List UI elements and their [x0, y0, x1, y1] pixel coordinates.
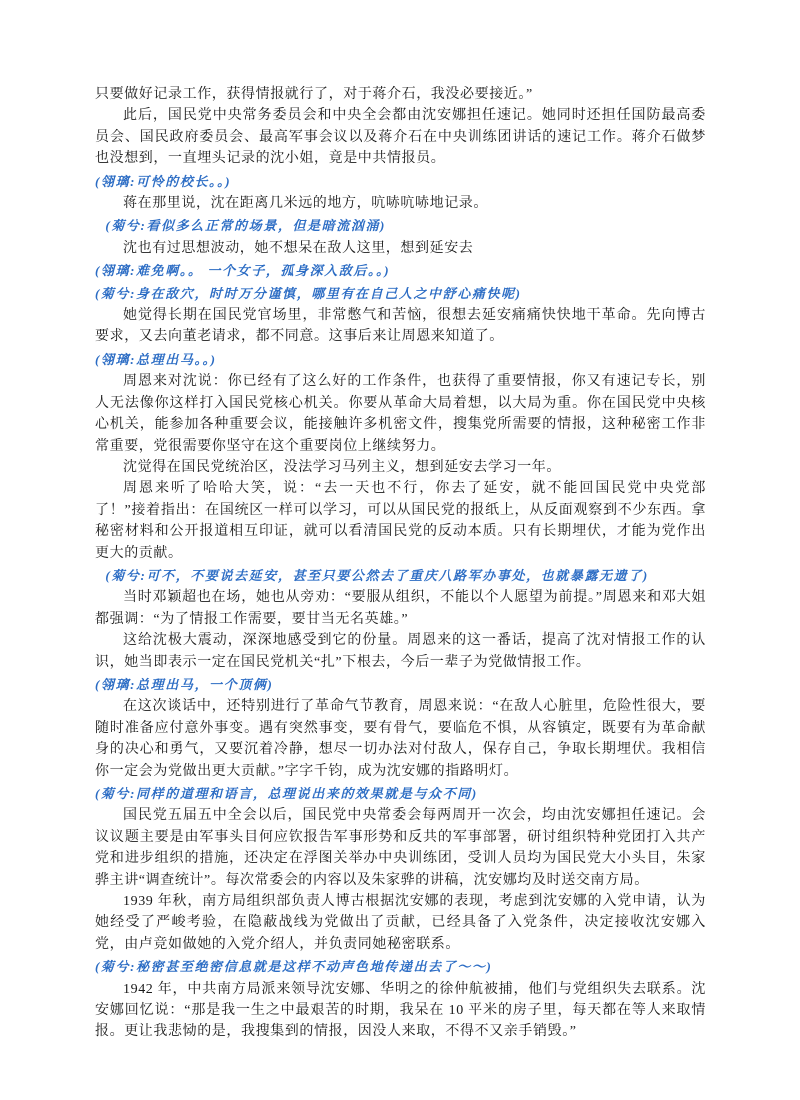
paragraph: 当时邓颖超也在场，她也从旁劝：“要服从组织，不能以个人愿望为前提。”周恩来和邓大…: [95, 587, 706, 630]
reader-annotation: (菊兮:同样的道理和语言，总理说出来的效果就是与众不同): [95, 783, 706, 804]
document-page: 只要做好记录工作，获得情报就行了，对于蒋介石，我没必要接近。”此后，国民党中央常…: [0, 0, 800, 1100]
paragraph: 只要做好记录工作，获得情报就行了，对于蒋介石，我没必要接近。”: [95, 84, 706, 105]
paragraph: 1939 年秋，南方局组织部负责人博古根据沈安娜的表现，考虑到沈安娜的入党申请，…: [95, 891, 706, 955]
paragraph: 蒋在那里说，沈在距离几米远的地方，吭哧吭哧地记录。: [95, 193, 706, 214]
paragraph: 此后，国民党中央常务委员会和中央全会都由沈安娜担任速记。她同时还担任国防最高委员…: [95, 105, 706, 169]
reader-annotation: (翎璃:总理出马，一个顶俩): [95, 674, 706, 695]
paragraph: 沈觉得在国民党统治区，没法学习马列主义，想到延安去学习一年。: [95, 457, 706, 478]
reader-annotation: (菊兮:秘密甚至绝密信息就是这样不动声色地传递出去了～～): [95, 956, 706, 977]
paragraph: 这给沈极大震动，深深地感受到它的份量。周恩来的这一番话，提高了沈对情报工作的认识…: [95, 630, 706, 673]
paragraph: 国民党五届五中全会以后，国民党中央常委会每两周开一次会，均由沈安娜担任速记。会议…: [95, 805, 706, 891]
paragraph: 1942 年，中共南方局派来领导沈安娜、华明之的徐仲航被捕，他们与党组织失去联系…: [95, 979, 706, 1043]
paragraph: 周恩来对沈说：你已经有了这么好的工作条件，也获得了重要情报，你又有速记专长，别人…: [95, 371, 706, 457]
paragraph: 周恩来听了哈哈大笑，说：“去一天也不行，你去了延安，就不能回国民党中央党部了！”…: [95, 478, 706, 564]
reader-annotation: (翎璃:难免啊。。 一个女子，孤身深入敌后。。): [95, 260, 706, 281]
reader-annotation: (菊兮:可不，不要说去延安，甚至只要公然去了重庆八路军办事处，也就暴露无遗了): [95, 565, 706, 586]
paragraph: 在这次谈话中，还特别进行了革命气节教育，周恩来说：“在敌人心脏里，危险性很大，要…: [95, 696, 706, 782]
reader-annotation: (菊兮:身在敌穴，时时万分谨慎，哪里有在自己人之中舒心痛快呢): [95, 283, 706, 304]
reader-annotation: (翎璃:可怜的校长。。): [95, 171, 706, 192]
reader-annotation: (菊兮:看似多么正常的场景，但是暗流汹涌): [95, 215, 706, 236]
paragraph: 沈也有过思想波动，她不想呆在敌人这里，想到延安去: [95, 238, 706, 259]
paragraph: 她觉得长期在国民党官场里，非常憋气和苦恼，很想去延安痛痛快快地干革命。先向博古要…: [95, 305, 706, 348]
reader-annotation: (翎璃:总理出马。。): [95, 349, 706, 370]
